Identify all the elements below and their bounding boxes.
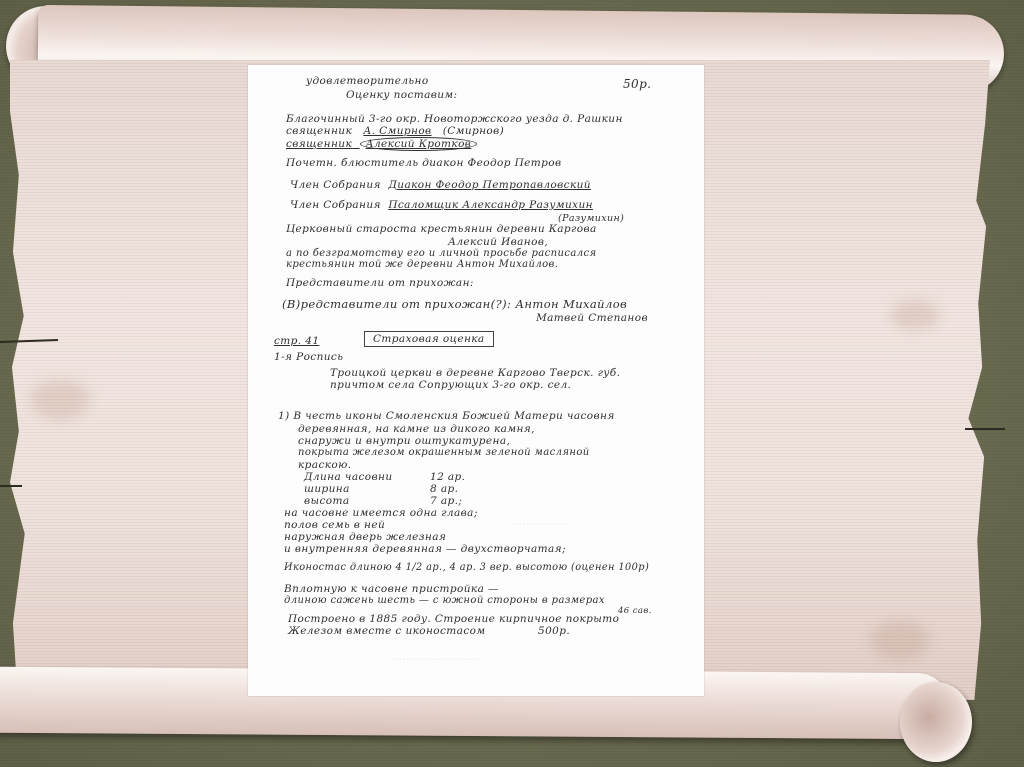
parchment-stain	[890, 300, 940, 330]
scanned-document: ····························· ··········…	[248, 65, 704, 696]
doc-line: Член Собрания Псаломщик Александр Разуми…	[290, 199, 593, 211]
doc-line: Церковный староста крестьянин деревни Ка…	[286, 223, 597, 235]
doc-line: Построено в 1885 году. Строение кирпично…	[288, 613, 619, 625]
parchment-tear	[0, 485, 22, 487]
doc-signature: Диакон Феодор Петропавловский	[388, 179, 591, 191]
doc-value: 7 ар.;	[430, 495, 462, 507]
doc-line: 1-я Роспись	[274, 351, 343, 363]
circled-name: Алексий Кротков	[360, 137, 478, 151]
doc-line: Иконостас длиною 4 1/2 ар., 4 ар. 3 вер.…	[284, 562, 649, 573]
doc-line: на часовне имеется одна глава;	[284, 507, 478, 519]
doc-line: 1) В честь иконы Смоленския Божией Матер…	[278, 410, 615, 422]
doc-amount: 500р.	[538, 625, 570, 637]
doc-line: Алексий Иванов,	[448, 236, 548, 248]
doc-line: деревянная, на камне из дикого камня,	[298, 423, 535, 435]
doc-signature: А. Смирнов	[363, 125, 431, 137]
doc-line: длиною сажень шесть — с южной стороны в …	[284, 595, 605, 606]
doc-signature: Псаломщик Александр Разумихин	[388, 199, 593, 211]
doc-line: Представители от прихожан:	[286, 277, 474, 289]
doc-line: Почетн. блюститель диакон Феодор Петров	[286, 157, 562, 169]
doc-value: 12 ар.	[430, 471, 465, 483]
doc-line: Матвей Степанов	[536, 312, 648, 324]
doc-line: покрыта железом окрашенным зеленой масля…	[298, 447, 590, 458]
doc-word: священник	[286, 125, 352, 137]
parchment-stain	[30, 380, 90, 420]
doc-line: священник А. Смирнов (Смирнов)	[286, 125, 504, 137]
doc-word: (Смирнов)	[443, 125, 504, 137]
doc-word: священник	[286, 138, 352, 150]
doc-line: удовлетворительно	[306, 75, 429, 87]
doc-line: а по безграмотству его и личной просьбе …	[286, 248, 597, 259]
doc-boxed-heading: Страховая оценка	[364, 331, 494, 347]
doc-line: Благочинный 3-го окр. Новоторжского уезд…	[286, 113, 623, 125]
doc-line: Член Собрания Диакон Феодор Петропавловс…	[290, 179, 591, 191]
parchment-stain	[870, 620, 930, 660]
doc-line: снаружи и внутри оштукатурена,	[298, 435, 510, 447]
doc-line: (В)редставители от прихожан(?): Антон Ми…	[282, 297, 627, 311]
doc-line: крестьянин той же деревни Антон Михайлов…	[286, 259, 558, 270]
doc-line: 46 сав.	[618, 606, 652, 616]
doc-line: Железом вместе с иконостасом	[288, 625, 485, 637]
doc-line: высота	[304, 495, 349, 507]
doc-line: причтом села Сопрующих 3-го окр. сел.	[330, 379, 571, 391]
doc-line: Вплотную к часовне пристройка —	[284, 583, 499, 595]
parchment-tear	[965, 428, 1005, 430]
doc-line: наружная дверь железная	[284, 531, 446, 543]
doc-line: ширина	[304, 483, 350, 495]
doc-line: Длина часовни	[304, 471, 392, 483]
doc-word: Член Собрания	[290, 179, 381, 191]
doc-value: 8 ар.	[430, 483, 458, 495]
doc-line: Троицкой церкви в деревне Каргово Тверск…	[330, 367, 620, 379]
doc-line: краскою.	[298, 459, 352, 471]
scroll-bottom-curl	[900, 682, 972, 762]
doc-line: священник Алексий Кротков	[286, 138, 477, 150]
doc-line: полов семь в ней	[284, 519, 385, 531]
doc-line: и внутренняя деревянная — двухстворчатая…	[284, 543, 566, 555]
doc-page-number: стр. 41	[274, 335, 319, 347]
doc-line: Оценку поставим:	[346, 89, 457, 101]
doc-amount: 50р.	[623, 77, 651, 91]
doc-word: Член Собрания	[290, 199, 381, 211]
